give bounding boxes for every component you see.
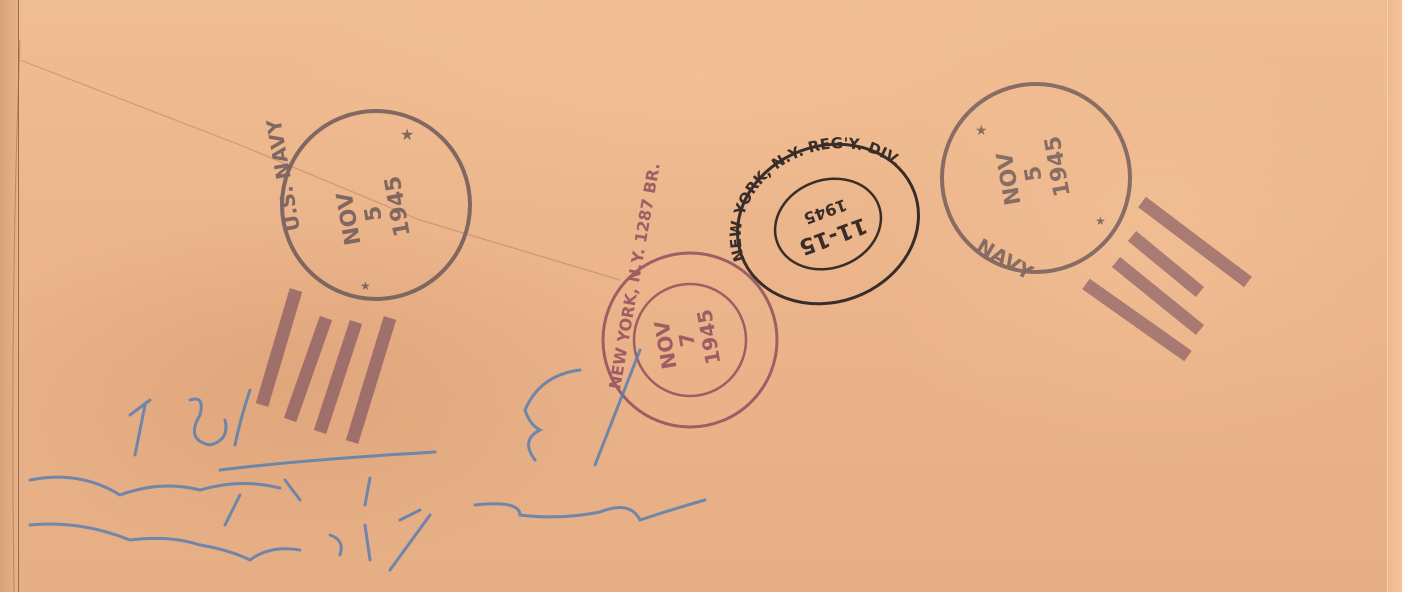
navy-right-line3: 1945 — [1040, 134, 1075, 199]
star-icon: ★ — [360, 279, 371, 293]
navy-ring-text: U.S. NAVY — [261, 117, 304, 234]
star-icon: ★ — [1095, 214, 1106, 228]
navy-left-line2: 5 — [360, 204, 387, 223]
pencil-mark — [220, 452, 435, 470]
killer-bars-left — [262, 290, 390, 442]
pencil-mark — [225, 478, 370, 525]
star-icon: ★ — [400, 127, 414, 144]
ny-red-year: 1945 — [692, 307, 725, 366]
envelope-artwork: U.S. NAVY NOV 5 1945 ★ ★ NOV 7 1 — [0, 0, 1402, 592]
pencil-mark — [30, 477, 280, 495]
crease — [13, 40, 20, 592]
pencil-mark — [330, 510, 430, 570]
pencil-mark — [190, 399, 226, 445]
pencil-mark — [130, 400, 150, 455]
pencil-mark — [30, 524, 300, 560]
pencil-mark — [525, 370, 580, 460]
pencil-mark — [475, 500, 705, 520]
star-icon: ★ — [975, 124, 988, 139]
flap-seam — [20, 60, 620, 280]
envelope-back: U.S. NAVY NOV 5 1945 ★ ★ NOV 7 1 — [0, 0, 1402, 592]
navy-left-line3: 1945 — [380, 174, 415, 239]
navy-right-ring-text: NAVY — [973, 234, 1038, 285]
navy-postmark-left: U.S. NAVY NOV 5 1945 ★ ★ — [261, 111, 470, 442]
killer-bars-right — [1086, 202, 1248, 356]
registry-postmark: 11-15 1945 NEW YORK, N.Y. REG'Y. DIV. — [715, 119, 941, 329]
pencil-mark — [235, 390, 250, 445]
navy-right-line2: 5 — [1020, 164, 1047, 183]
navy-postmark-right: NOV 5 1945 NAVY ★ ★ — [942, 84, 1248, 356]
